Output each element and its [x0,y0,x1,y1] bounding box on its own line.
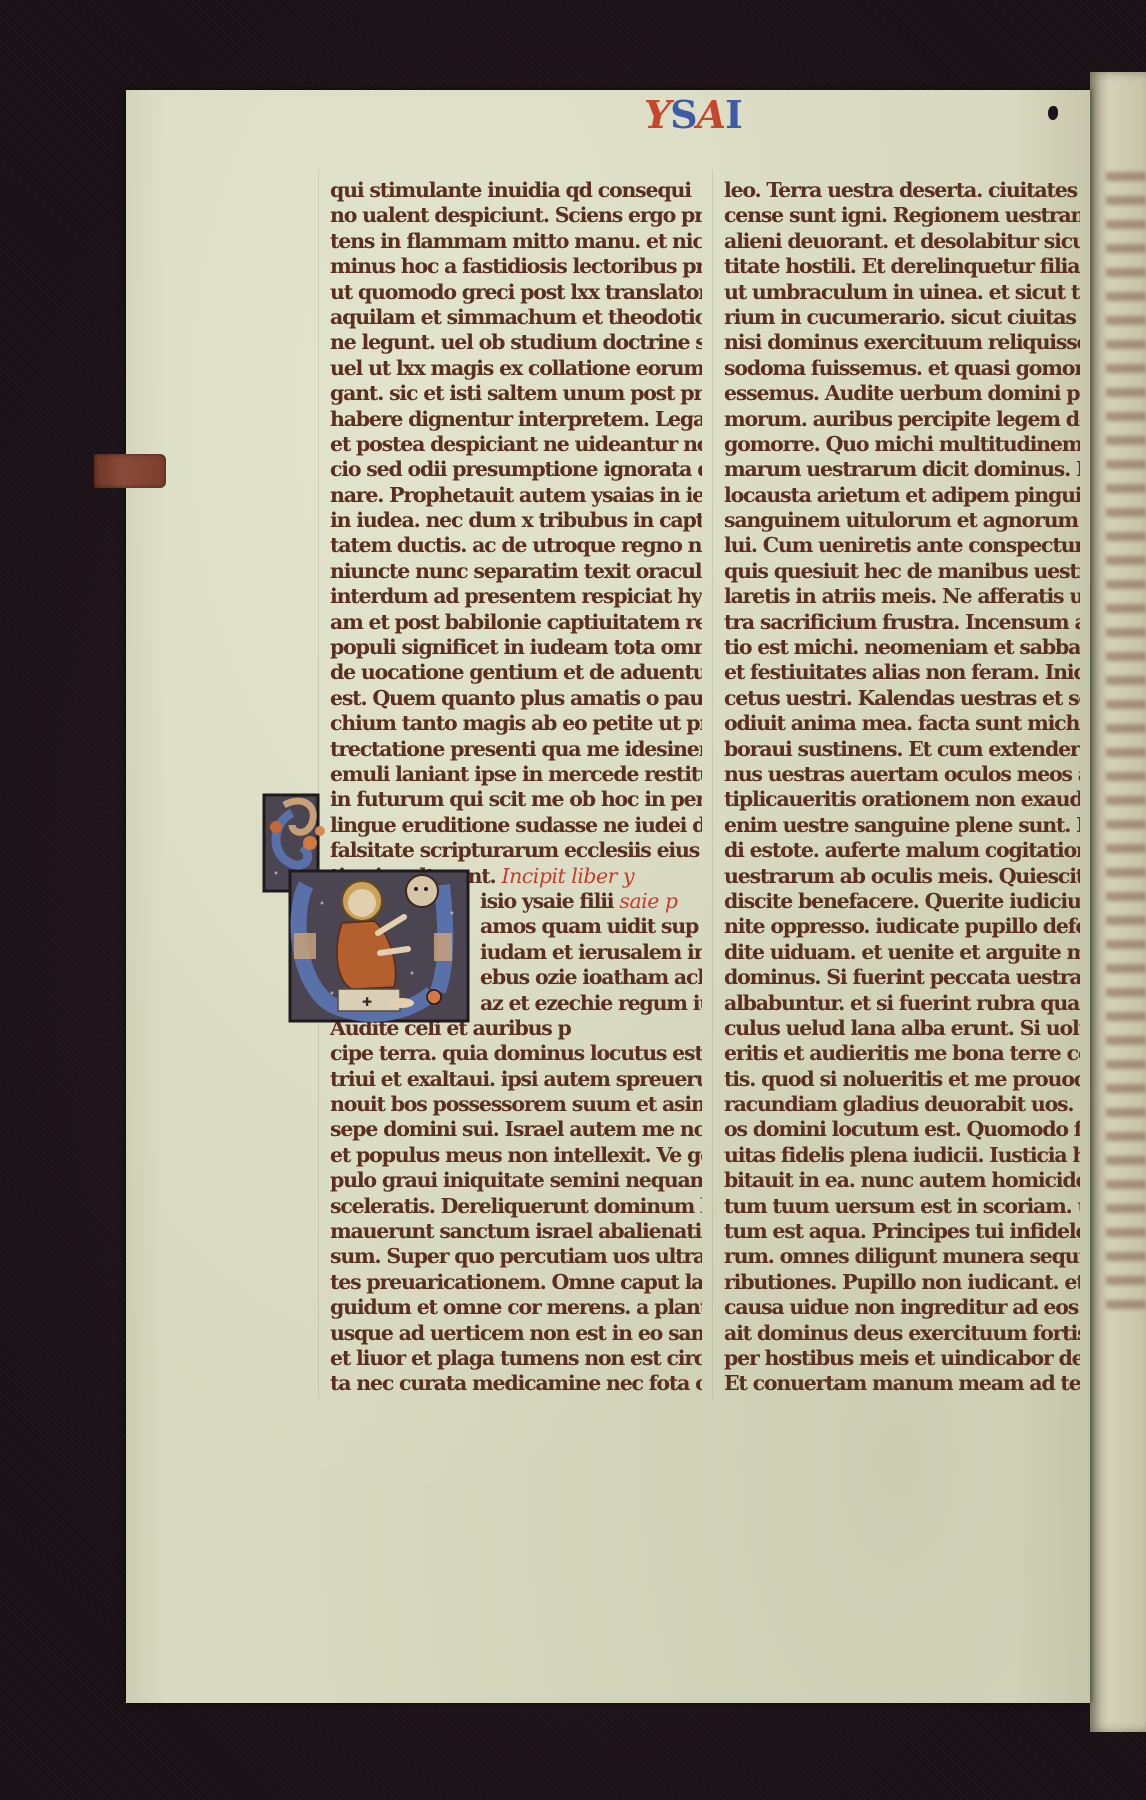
text-line: alieni deuorant. et desolabitur sicut in… [724,229,1080,254]
text-line: cio sed odii presumptione ignorata damp [330,457,702,482]
text-line: cetus uestri. Kalendas uestras et sollem… [724,686,1080,711]
text-line: minus hoc a fastidiosis lectoribus preco… [330,254,702,279]
text-line: odiuit anima mea. facta sunt michi moles… [724,711,1080,736]
facing-text-line [1106,268,1146,277]
bookmark-ribbon-tab [94,454,166,488]
text-line: uestrarum ab oculis meis. Quiescite ager… [724,864,1080,889]
text-line: tum tuum uersum est in scoriam. uinum tu… [724,1194,1080,1219]
rubric-continuation: phe [698,914,702,938]
text-line: discite benefacere. Querite iudicium sub… [724,889,1080,914]
facing-page-edge [1090,72,1146,1732]
text-line: sanguinem uitulorum et agnorum et hyrcor… [724,508,1080,533]
text-line: ut umbraculum in uinea. et sicut tugur [724,280,1080,305]
facing-text-line [1106,412,1146,421]
text-line: et postea despiciant ne uideantur non ex… [330,432,702,457]
facing-text-line [1106,1084,1146,1093]
svg-text:✚: ✚ [362,995,372,1009]
text-column-right: leo. Terra uestra deserta. ciuitates ues… [724,178,1080,1397]
text-line: de uocatione gentium et de aduentu xpi [330,660,702,685]
text-line: tio est michi. neomeniam et sabbatum [724,635,1080,660]
text-line: in iudea. nec dum x tribubus in captiui [330,508,702,533]
text-line: di estote. auferte malum cogitationum [724,838,1080,863]
text-line: populi significet in iudeam tota omnis e… [330,635,702,660]
facing-text-line [1106,556,1146,565]
text-line: tatem ductis. ac de utroque regno nunc c… [330,533,702,558]
facing-text-line [1106,628,1146,637]
facing-text-line [1106,316,1146,325]
text-line: gant. sic et isti saltem unum post prior… [330,381,702,406]
facing-text-line [1106,676,1146,685]
facing-text-line [1106,1228,1146,1237]
facing-text-line [1106,652,1146,661]
ruling-line-center [712,170,713,1398]
text-line: sceleratis. Dereliquerunt dominum blasph… [330,1194,702,1219]
pricking-hole-mark [1048,106,1058,120]
text-line: causa uidue non ingreditur ad eos. propt… [724,1295,1080,1320]
facing-text-line [1106,1300,1146,1309]
text-line: nouit bos possessorem suum et asinus pre [330,1092,702,1117]
facing-text-line [1106,340,1146,349]
text-line: triui et exaltaui. ipsi autem spreuerunt… [330,1067,702,1092]
facing-text-line [1106,436,1146,445]
text-line: quis quesiuit hec de manibus uestris ut … [724,559,1080,584]
facing-text-line [1106,1180,1146,1189]
text-line: eritis et audieritis me bona terre comed… [724,1041,1080,1066]
text-line: dominus. Si fuerint peccata uestra ut co… [724,965,1080,990]
text-line: tra sacrificium frustra. Incensum abomin… [724,610,1080,635]
facing-text-line [1106,820,1146,829]
facing-text-line [1106,844,1146,853]
text-line: qui stimulante inuidia qd consequi [330,178,702,203]
facing-text-line [1106,964,1146,973]
text-line: tes preuaricationem. Omne caput lan [330,1270,702,1295]
text-line: chium tanto magis ab eo petite ut pro ob [330,711,702,736]
text-line: mauerunt sanctum israel abalienati sunt … [330,1219,702,1244]
text-line: rum. omnes diligunt munera sequuntur ret [724,1244,1080,1269]
text-line: enim uestre sanguine plene sunt. Lauamin… [724,813,1080,838]
facing-text-line [1106,196,1146,205]
text-line: est. Quem quanto plus amatis o paula et … [330,686,702,711]
text-line: per hostibus meis et uindicabor de inimi… [724,1346,1080,1371]
text-line: locausta arietum et adipem pinguium et [724,483,1080,508]
facing-text-line [1106,508,1146,517]
facing-text-line [1106,532,1146,541]
facing-text-line [1106,892,1146,901]
facing-text-line [1106,388,1146,397]
text-line: pulo graui iniquitate semini nequam fili… [330,1168,702,1193]
facing-text-line [1106,220,1146,229]
text-line: cipe terra. quia dominus locutus est. Fi… [330,1041,702,1066]
facing-text-line [1106,1012,1146,1021]
header-letter-i: I [725,96,742,134]
ruling-line-left [318,170,319,1398]
text-line: ait dominus deus exercituum fortis israe… [724,1321,1080,1346]
text-line: lui. Cum ueniretis ante conspectum meum [724,533,1080,558]
rubric-continuation: saie p [613,889,677,913]
facing-text-line [1106,1252,1146,1261]
running-header: YSAI [644,96,742,134]
text-line: no ualent despiciunt. Sciens ergo pru [330,203,702,228]
text-line: ta nec curata medicamine nec fota o [330,1371,702,1396]
facing-text-line [1106,1036,1146,1045]
initial-illumination-icon: ✚ [262,793,474,1023]
text-line: et liuor et plaga tumens non est circuml… [330,1346,702,1371]
facing-text-line [1106,460,1146,469]
text-line: sepe domini sui. Israel autem me non cog… [330,1117,702,1142]
text-line: marum uestrarum dicit dominus. Plenus su… [724,457,1080,482]
header-letter-s: S [670,96,696,134]
text-line: nus uestras auertam oculos meos a uobis.… [724,762,1080,787]
text-line: Et conuertam manum meam ad te et excoqua… [724,1371,1080,1396]
header-letter-y: Y [644,96,670,134]
text-line: laretis in atriis meis. Ne afferatis ul [724,584,1080,609]
facing-text-line [1106,772,1146,781]
facing-text-line [1106,244,1146,253]
text-line: gomorre. Quo michi multitudinem uicti [724,432,1080,457]
facing-text-line [1106,364,1146,373]
facing-text-line [1106,700,1146,709]
text-line: niuncte nunc separatim texit oraculum. C… [330,559,702,584]
text-line: racundiam gladius deuorabit uos. quia [724,1092,1080,1117]
text-line: leo. Terra uestra deserta. ciuitates ues… [724,178,1080,203]
text-line: dite uiduam. et uenite et arguite me dic… [724,940,1080,965]
text-line: tens in flammam mitto manu. et nichil [330,229,702,254]
text-line: tis. quod si nolueritis et me prouocauer… [724,1067,1080,1092]
text-line: ne legunt. uel ob studium doctrine sue [330,330,702,355]
historiated-initial-v: ✚ [262,793,474,1023]
facing-text-line [1106,172,1146,181]
text-line: uitas fidelis plena iudicii. Iusticia ha [724,1143,1080,1168]
text-line: sodoma fuissemus. et quasi gomorra simil… [724,356,1080,381]
facing-text-line [1106,580,1146,589]
text-line: et populus meus non intellexit. Ve genti… [330,1143,702,1168]
text-line: culus uelud lana alba erunt. Si uolu [724,1016,1080,1041]
text-line: nare. Prophetauit autem ysaias in ierusa… [330,483,702,508]
text-line: nite oppresso. iudicate pupillo defen [724,914,1080,939]
facing-text-line [1106,748,1146,757]
facing-text-line [1106,724,1146,733]
text-line: boraui sustinens. Et cum extenderitis ma [724,737,1080,762]
facing-text-line [1106,868,1146,877]
rubric-incipit: Incipit liber y [495,864,634,888]
facing-text-line [1106,1276,1146,1285]
facing-text-line [1106,916,1146,925]
text-line: et festiuitates alias non feram. Iniqui … [724,660,1080,685]
facing-text-line [1106,940,1146,949]
text-column-left: qui stimulante inuidia qd consequino ual… [330,178,702,1397]
text-line: albabuntur. et si fuerint rubra quasi ue… [724,991,1080,1016]
facing-text-line [1106,1108,1146,1117]
text-line: trectatione presenti qua me idesinenter [330,737,702,762]
text-line: ut quomodo greci post lxx translatores [330,280,702,305]
text-line: titate hostili. Et derelinquetur filia s… [724,254,1080,279]
facing-text-line [1106,1060,1146,1069]
text-line: am et post babilonie captiuitatem reditu… [330,610,702,635]
text-line: guidum et omne cor merens. a planta pedi… [330,1295,702,1320]
text-line: tum est aqua. Principes tui infideles so… [724,1219,1080,1244]
facing-text-line [1106,796,1146,805]
text-line: usque ad uerticem non est in eo sanitas.… [330,1321,702,1346]
facing-text-line [1106,1156,1146,1165]
text-line: tiplicaueritis orationem non exaudiam. m… [724,787,1080,812]
facing-text-line [1106,1132,1146,1141]
facing-text-line [1106,988,1146,997]
text-line: rium in cucumerario. sicut ciuitas que u… [724,305,1080,330]
text-line: essemus. Audite uerbum domini principes … [724,381,1080,406]
text-line: habere dignentur interpretem. Legant pri… [330,407,702,432]
facing-text-line [1106,484,1146,493]
facing-text-line [1106,292,1146,301]
header-letter-a: A [697,96,725,134]
text-line: bitauit in ea. nunc autem homicide. Arge… [724,1168,1080,1193]
text-line: cense sunt igni. Regionem uestram coram … [724,203,1080,228]
text-line: sum. Super quo percutiam uos ultra adden [330,1244,702,1269]
text-line: os domini locutum est. Quomodo facta est… [724,1117,1080,1142]
facing-text-line [1106,1204,1146,1213]
facing-text-line [1106,604,1146,613]
text-line: interdum ad presentem respiciat hystori [330,584,702,609]
text-line: aquilam et simmachum et theodotio [330,305,702,330]
facing-page-text-blur [1106,172,1146,1324]
text-line: nisi dominus exercituum reliquisset nobi… [724,330,1080,355]
text-line: uel ut lxx magis ex collatione eorum int… [330,356,702,381]
text-line: emuli laniant ipse in mercede restituat [330,762,702,787]
text-line: ributiones. Pupillo non iudicant. et [724,1270,1080,1295]
text-line: morum. auribus percipite legem dei nostr… [724,407,1080,432]
